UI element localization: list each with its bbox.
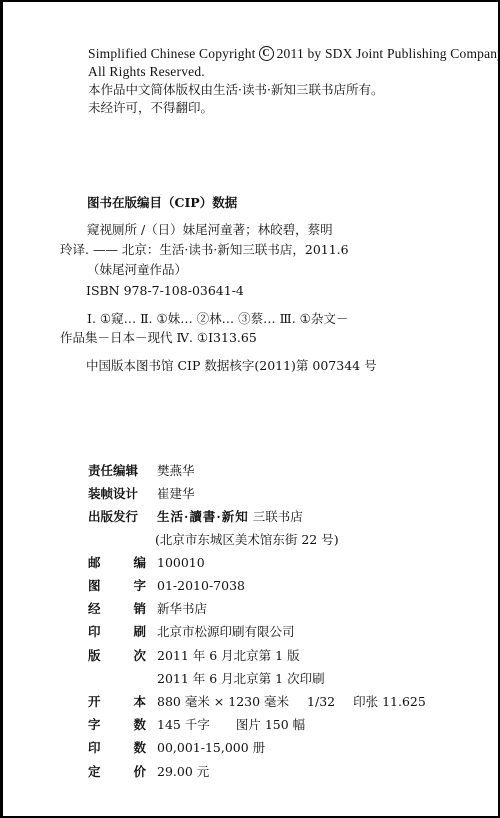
value-design: 崔建华 bbox=[157, 485, 195, 503]
cip-line: 玲译. —— 北京：生活·读书·新知三联书店，2011.6 bbox=[60, 242, 349, 258]
value-wordcount: 145 千字图片 150 幅 bbox=[157, 716, 305, 734]
value-address: (北京市东城区美术馆东街 22 号) bbox=[155, 531, 339, 549]
copyright-suffix: 2011 by SDX Joint Publishing Company bbox=[277, 46, 500, 61]
label-postcode: 邮编 bbox=[88, 554, 146, 572]
label-print-run: 印数 bbox=[88, 739, 146, 757]
cip-line: Ⅰ. ①窥… Ⅱ. ①妹… ②林… ③蔡… Ⅲ. ①杂文－ bbox=[87, 311, 348, 327]
cip-title: 图书在版编目（CIP）数据 bbox=[87, 195, 237, 211]
value-postcode: 100010 bbox=[157, 554, 205, 572]
copyright-line: Simplified Chinese CopyrightC2011 by SDX… bbox=[88, 46, 500, 62]
cip-line: 窥视厕所 /（日）妹尾河童著；林皎碧，蔡明 bbox=[87, 222, 333, 238]
value-print-run: 00,001-15,000 册 bbox=[157, 739, 265, 757]
copyright-chinese: 本作品中文简体版权由生活·读书·新知三联书店所有。 bbox=[88, 82, 383, 98]
label-editor: 责任编辑 bbox=[88, 462, 150, 480]
value-format: 880 毫米 × 1230 毫米1/32印张 11.625 bbox=[157, 693, 426, 711]
cip-line: （妹尾河童作品） bbox=[87, 262, 187, 278]
copyright-icon: C bbox=[259, 46, 274, 61]
value-printing: 2011 年 6 月北京第 1 次印刷 bbox=[157, 670, 325, 688]
value-edition: 2011 年 6 月北京第 1 版 bbox=[157, 647, 300, 665]
cip-verification: 中国版本图书馆 CIP 数据核字(2011)第 007344 号 bbox=[86, 358, 377, 374]
value-distributor: 新华书店 bbox=[157, 600, 207, 618]
label-design: 装帧设计 bbox=[88, 485, 150, 503]
label-price: 定价 bbox=[88, 763, 146, 781]
value-printer: 北京市松源印刷有限公司 bbox=[157, 623, 295, 641]
label-distributor: 经销 bbox=[88, 600, 146, 618]
rights-reserved: All Rights Reserved. bbox=[88, 64, 205, 80]
label-copyright-reg: 图字 bbox=[88, 577, 146, 595]
label-printer: 印刷 bbox=[88, 623, 146, 641]
cip-isbn: ISBN 978-7-108-03641-4 bbox=[86, 283, 244, 299]
publisher-logo: 生活·讀書·新知 bbox=[157, 509, 249, 524]
label-publisher: 出版发行 bbox=[88, 508, 150, 526]
value-price: 29.00 元 bbox=[157, 763, 209, 781]
label-format: 开本 bbox=[88, 693, 146, 711]
copyright-prefix: Simplified Chinese Copyright bbox=[88, 46, 256, 61]
no-reprint-notice: 未经许可，不得翻印。 bbox=[88, 100, 213, 116]
value-publisher: 生活·讀書·新知 三联书店 bbox=[157, 508, 303, 526]
publisher-name: 三联书店 bbox=[253, 509, 303, 524]
value-copyright-reg: 01-2010-7038 bbox=[157, 577, 245, 595]
cip-line: 作品集－日本－现代 Ⅳ. ①I313.65 bbox=[60, 330, 257, 346]
label-wordcount: 字数 bbox=[88, 716, 146, 734]
label-edition: 版次 bbox=[88, 647, 146, 665]
value-editor: 樊燕华 bbox=[157, 462, 195, 480]
